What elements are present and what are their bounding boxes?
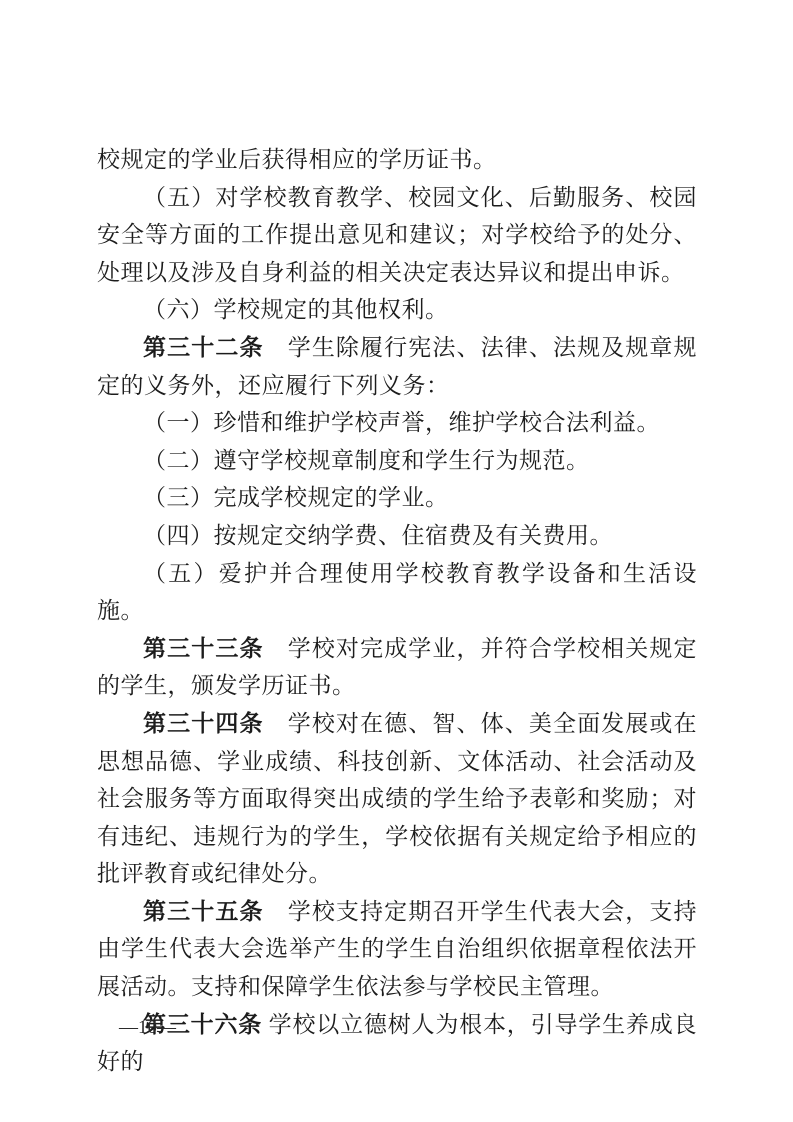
document-page: 校规定的学业后获得相应的学历证书。（五）对学校教育教学、校园文化、后勤服务、校园…	[0, 0, 793, 1122]
article-number: 第三十三条	[143, 636, 264, 661]
paragraph: （一）珍惜和维护学校声誉，维护学校合法利益。	[97, 404, 697, 442]
paragraph: （五）对学校教育教学、校园文化、后勤服务、校园安全等方面的工作提出意见和建议；对…	[97, 179, 697, 292]
paragraph: （六）学校规定的其他权利。	[97, 291, 697, 329]
article-number: 第三十四条	[143, 711, 264, 736]
paragraph: 第三十四条 学校对在德、智、体、美全面发展或在思想品德、学业成绩、科技创新、文体…	[97, 705, 697, 893]
article-number: 第三十五条	[143, 899, 264, 924]
paragraph: （四）按规定交纳学费、住宿费及有关费用。	[97, 517, 697, 555]
paragraph: 第三十五条 学校支持定期召开学生代表大会，支持由学生代表大会选举产生的学生自治组…	[97, 893, 697, 1006]
paragraph: 第三十六条 学校以立德树人为根本，引导学生养成良好的	[97, 1006, 697, 1081]
page-number: —10—	[119, 1016, 176, 1040]
paragraph: 第三十二条 学生除履行宪法、法律、法规及规章规定的义务外，还应履行下列义务：	[97, 329, 697, 404]
paragraph: （三）完成学校规定的学业。	[97, 479, 697, 517]
paragraph: 第三十三条 学校对完成学业，并符合学校相关规定的学生，颁发学历证书。	[97, 630, 697, 705]
document-body: 校规定的学业后获得相应的学历证书。（五）对学校教育教学、校园文化、后勤服务、校园…	[97, 141, 697, 1081]
paragraph: （五）爱护并合理使用学校教育教学设备和生活设施。	[97, 555, 697, 630]
paragraph: （二）遵守学校规章制度和学生行为规范。	[97, 442, 697, 480]
paragraph: 校规定的学业后获得相应的学历证书。	[97, 141, 697, 179]
article-number: 第三十二条	[143, 335, 264, 360]
